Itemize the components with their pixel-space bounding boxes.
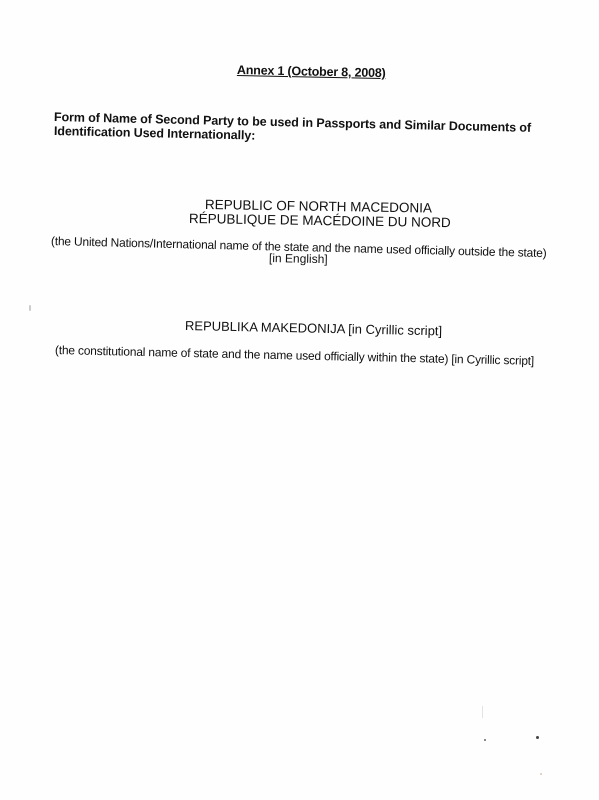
scan-speck — [482, 706, 483, 718]
scanned-document-page: Annex 1 (October 8, 2008) Form of Name o… — [0, 0, 599, 800]
international-name-french: RÉPUBLIQUE DE MACÉDOINE DU NORD — [189, 211, 451, 230]
constitutional-name-description: (the constitutional name of state and th… — [55, 343, 534, 368]
scan-speck — [540, 773, 542, 775]
constitutional-name: REPUBLIKA MAKEDONIJA [in Cyrillic script… — [185, 318, 442, 338]
annex-title: Annex 1 (October 8, 2008) — [237, 63, 386, 80]
scan-speck — [536, 736, 539, 739]
international-name-language: [in English] — [269, 251, 328, 266]
scan-speck — [29, 305, 31, 311]
scan-speck — [484, 739, 486, 741]
